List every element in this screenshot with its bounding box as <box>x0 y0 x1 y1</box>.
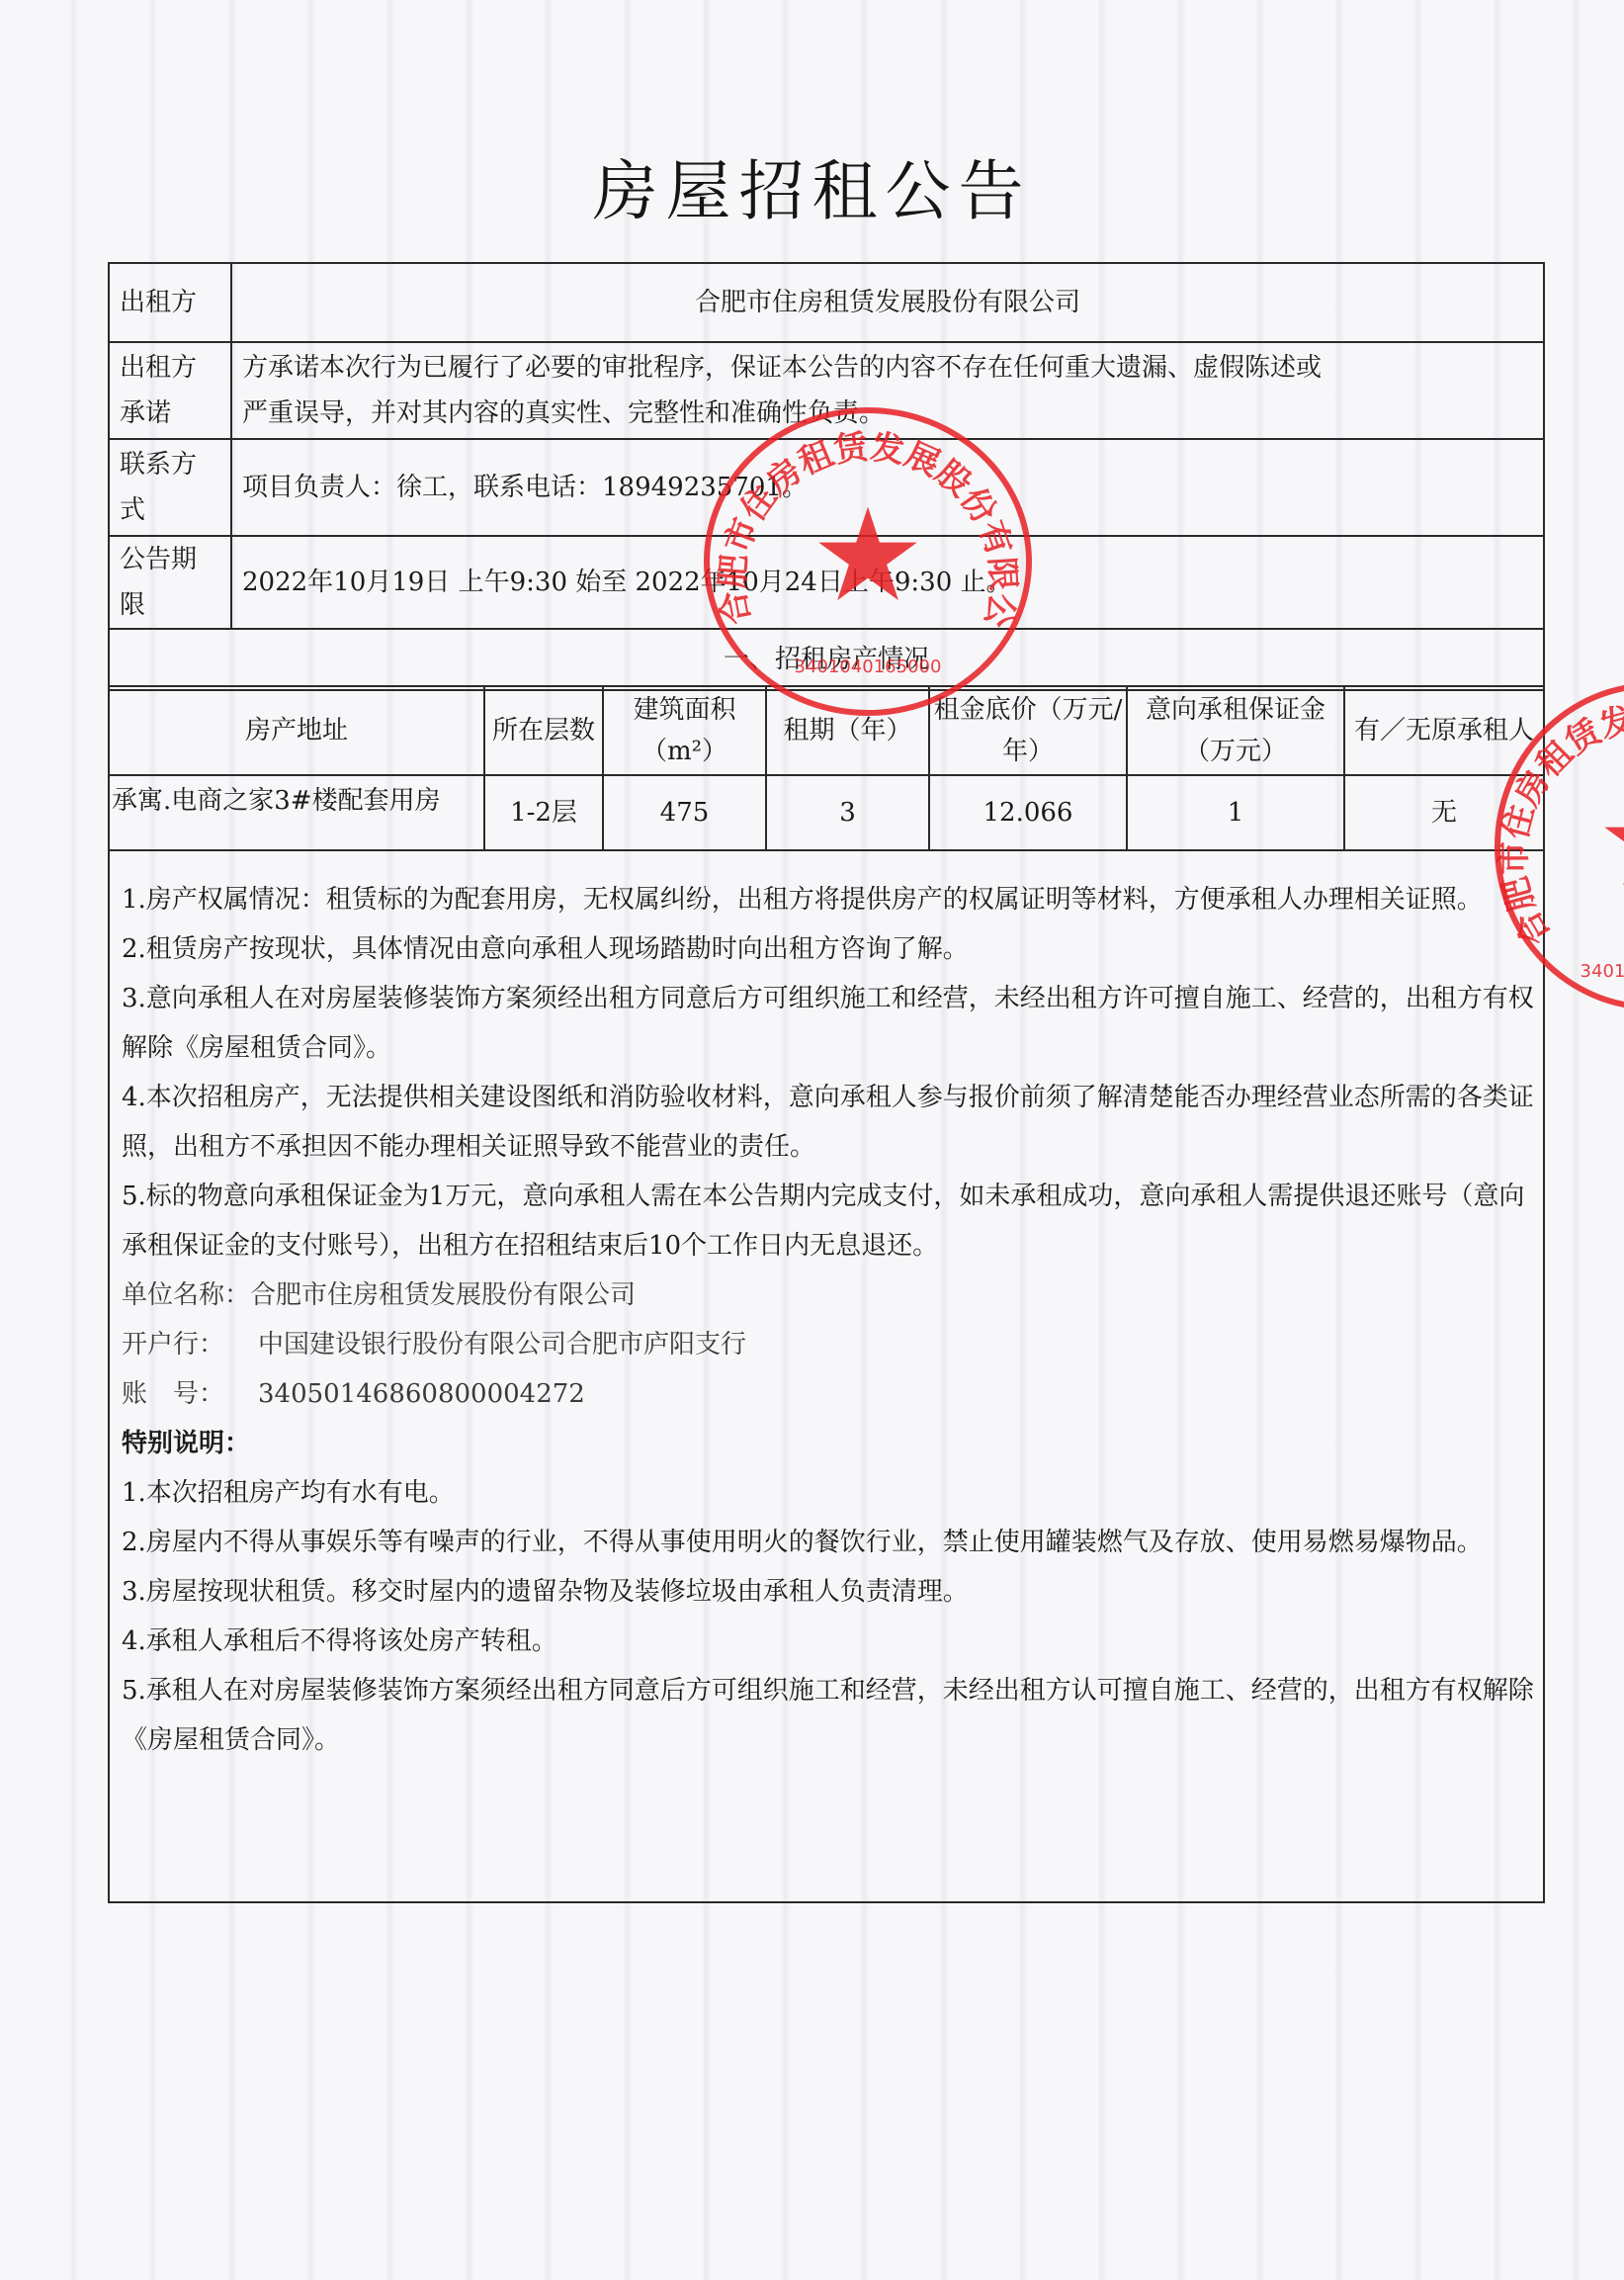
cell-address: 承寓.电商之家3#楼配套用房 <box>109 775 484 850</box>
page-title: 房屋招租公告 <box>0 138 1624 232</box>
header-address: 房产地址 <box>109 686 484 775</box>
note-item: 1.房产权属情况：租赁标的为配套用房，无权属纠纷，出租方将提供房产的权属证明等材… <box>112 875 1535 924</box>
star-icon: ★ <box>1596 776 1624 905</box>
contact-label: 联系方式 <box>109 439 231 536</box>
special-item: 3.房屋按现状租赁。移交时屋内的遗留杂物及装修垃圾由承租人负责清理。 <box>112 1567 1535 1617</box>
cell-term: 3 <box>766 775 929 850</box>
cell-area: 475 <box>603 775 766 850</box>
header-floor: 所在层数 <box>484 686 603 775</box>
bank-branch-line: 开户行：中国建设银行股份有限公司合肥市庐阳支行 <box>112 1320 1535 1369</box>
seal-code-text: 3401040165000 <box>795 657 942 677</box>
special-item: 4.承租人承租后不得将该处房产转租。 <box>112 1617 1535 1666</box>
star-icon: ★ <box>811 491 926 620</box>
lessor-value: 合肥市住房租赁发展股份有限公司 <box>231 263 1544 342</box>
cell-floor: 1-2层 <box>484 775 603 850</box>
commitment-label: 出租方承诺 <box>109 342 231 439</box>
note-item: 3.意向承租人在对房屋装修装饰方案须经出租方同意后方可组织施工和经营，未经出租方… <box>112 974 1535 1073</box>
bank-unit-value: 合肥市住房租赁发展股份有限公司 <box>250 1280 636 1310</box>
seal-edge-code-text: 3401040165000 <box>1581 961 1624 982</box>
table-row: 承寓.电商之家3#楼配套用房 1-2层 475 3 12.066 1 无 <box>109 775 1544 850</box>
lessor-label: 出租方 <box>109 263 231 342</box>
note-item: 5.标的物意向承租保证金为1万元，意向承租人需在本公告期内完成支付，如未承租成功… <box>112 1172 1535 1271</box>
bank-account-line: 账 号：34050146860800004272 <box>112 1369 1535 1419</box>
header-deposit: 意向承租保证金（万元） <box>1127 686 1344 775</box>
notes-section: 1.房产权属情况：租赁标的为配套用房，无权属纠纷，出租方将提供房产的权属证明等材… <box>112 875 1535 1765</box>
period-label: 公告期限 <box>109 536 231 629</box>
special-item: 1.本次招租房产均有水有电。 <box>112 1468 1535 1518</box>
cell-rent: 12.066 <box>929 775 1127 850</box>
special-item: 5.承租人在对房屋装修装饰方案须经出租方同意后方可组织施工和经营，未经出租方认可… <box>112 1666 1535 1765</box>
company-seal: 合肥市住房租赁发展股份有限公司 3401040165000 ★ <box>704 407 1032 716</box>
special-title: 特别说明： <box>112 1419 1535 1468</box>
bank-unit-label: 单位名称： <box>122 1280 250 1310</box>
bank-account-value: 34050146860800004272 <box>258 1379 585 1409</box>
note-item: 2.租赁房产按现状，具体情况由意向承租人现场踏勘时向出租方咨询了解。 <box>112 924 1535 974</box>
bank-account-label: 账 号： <box>122 1369 258 1419</box>
company-seal-edge: 合肥市住房租赁发展股份有限公司 3401040165000 ★ <box>1495 682 1624 1010</box>
bank-branch-label: 开户行： <box>122 1320 258 1369</box>
cell-deposit: 1 <box>1127 775 1344 850</box>
lessor-row: 出租方 合肥市住房租赁发展股份有限公司 <box>109 263 1544 342</box>
bank-branch-value: 中国建设银行股份有限公司合肥市庐阳支行 <box>258 1330 746 1359</box>
bank-unit-line: 单位名称：合肥市住房租赁发展股份有限公司 <box>112 1271 1535 1320</box>
note-item: 4.本次招租房产，无法提供相关建设图纸和消防验收材料，意向承租人参与报价前须了解… <box>112 1073 1535 1172</box>
special-item: 2.房屋内不得从事娱乐等有噪声的行业，不得从事使用明火的餐饮行业，禁止使用罐装燃… <box>112 1518 1535 1567</box>
